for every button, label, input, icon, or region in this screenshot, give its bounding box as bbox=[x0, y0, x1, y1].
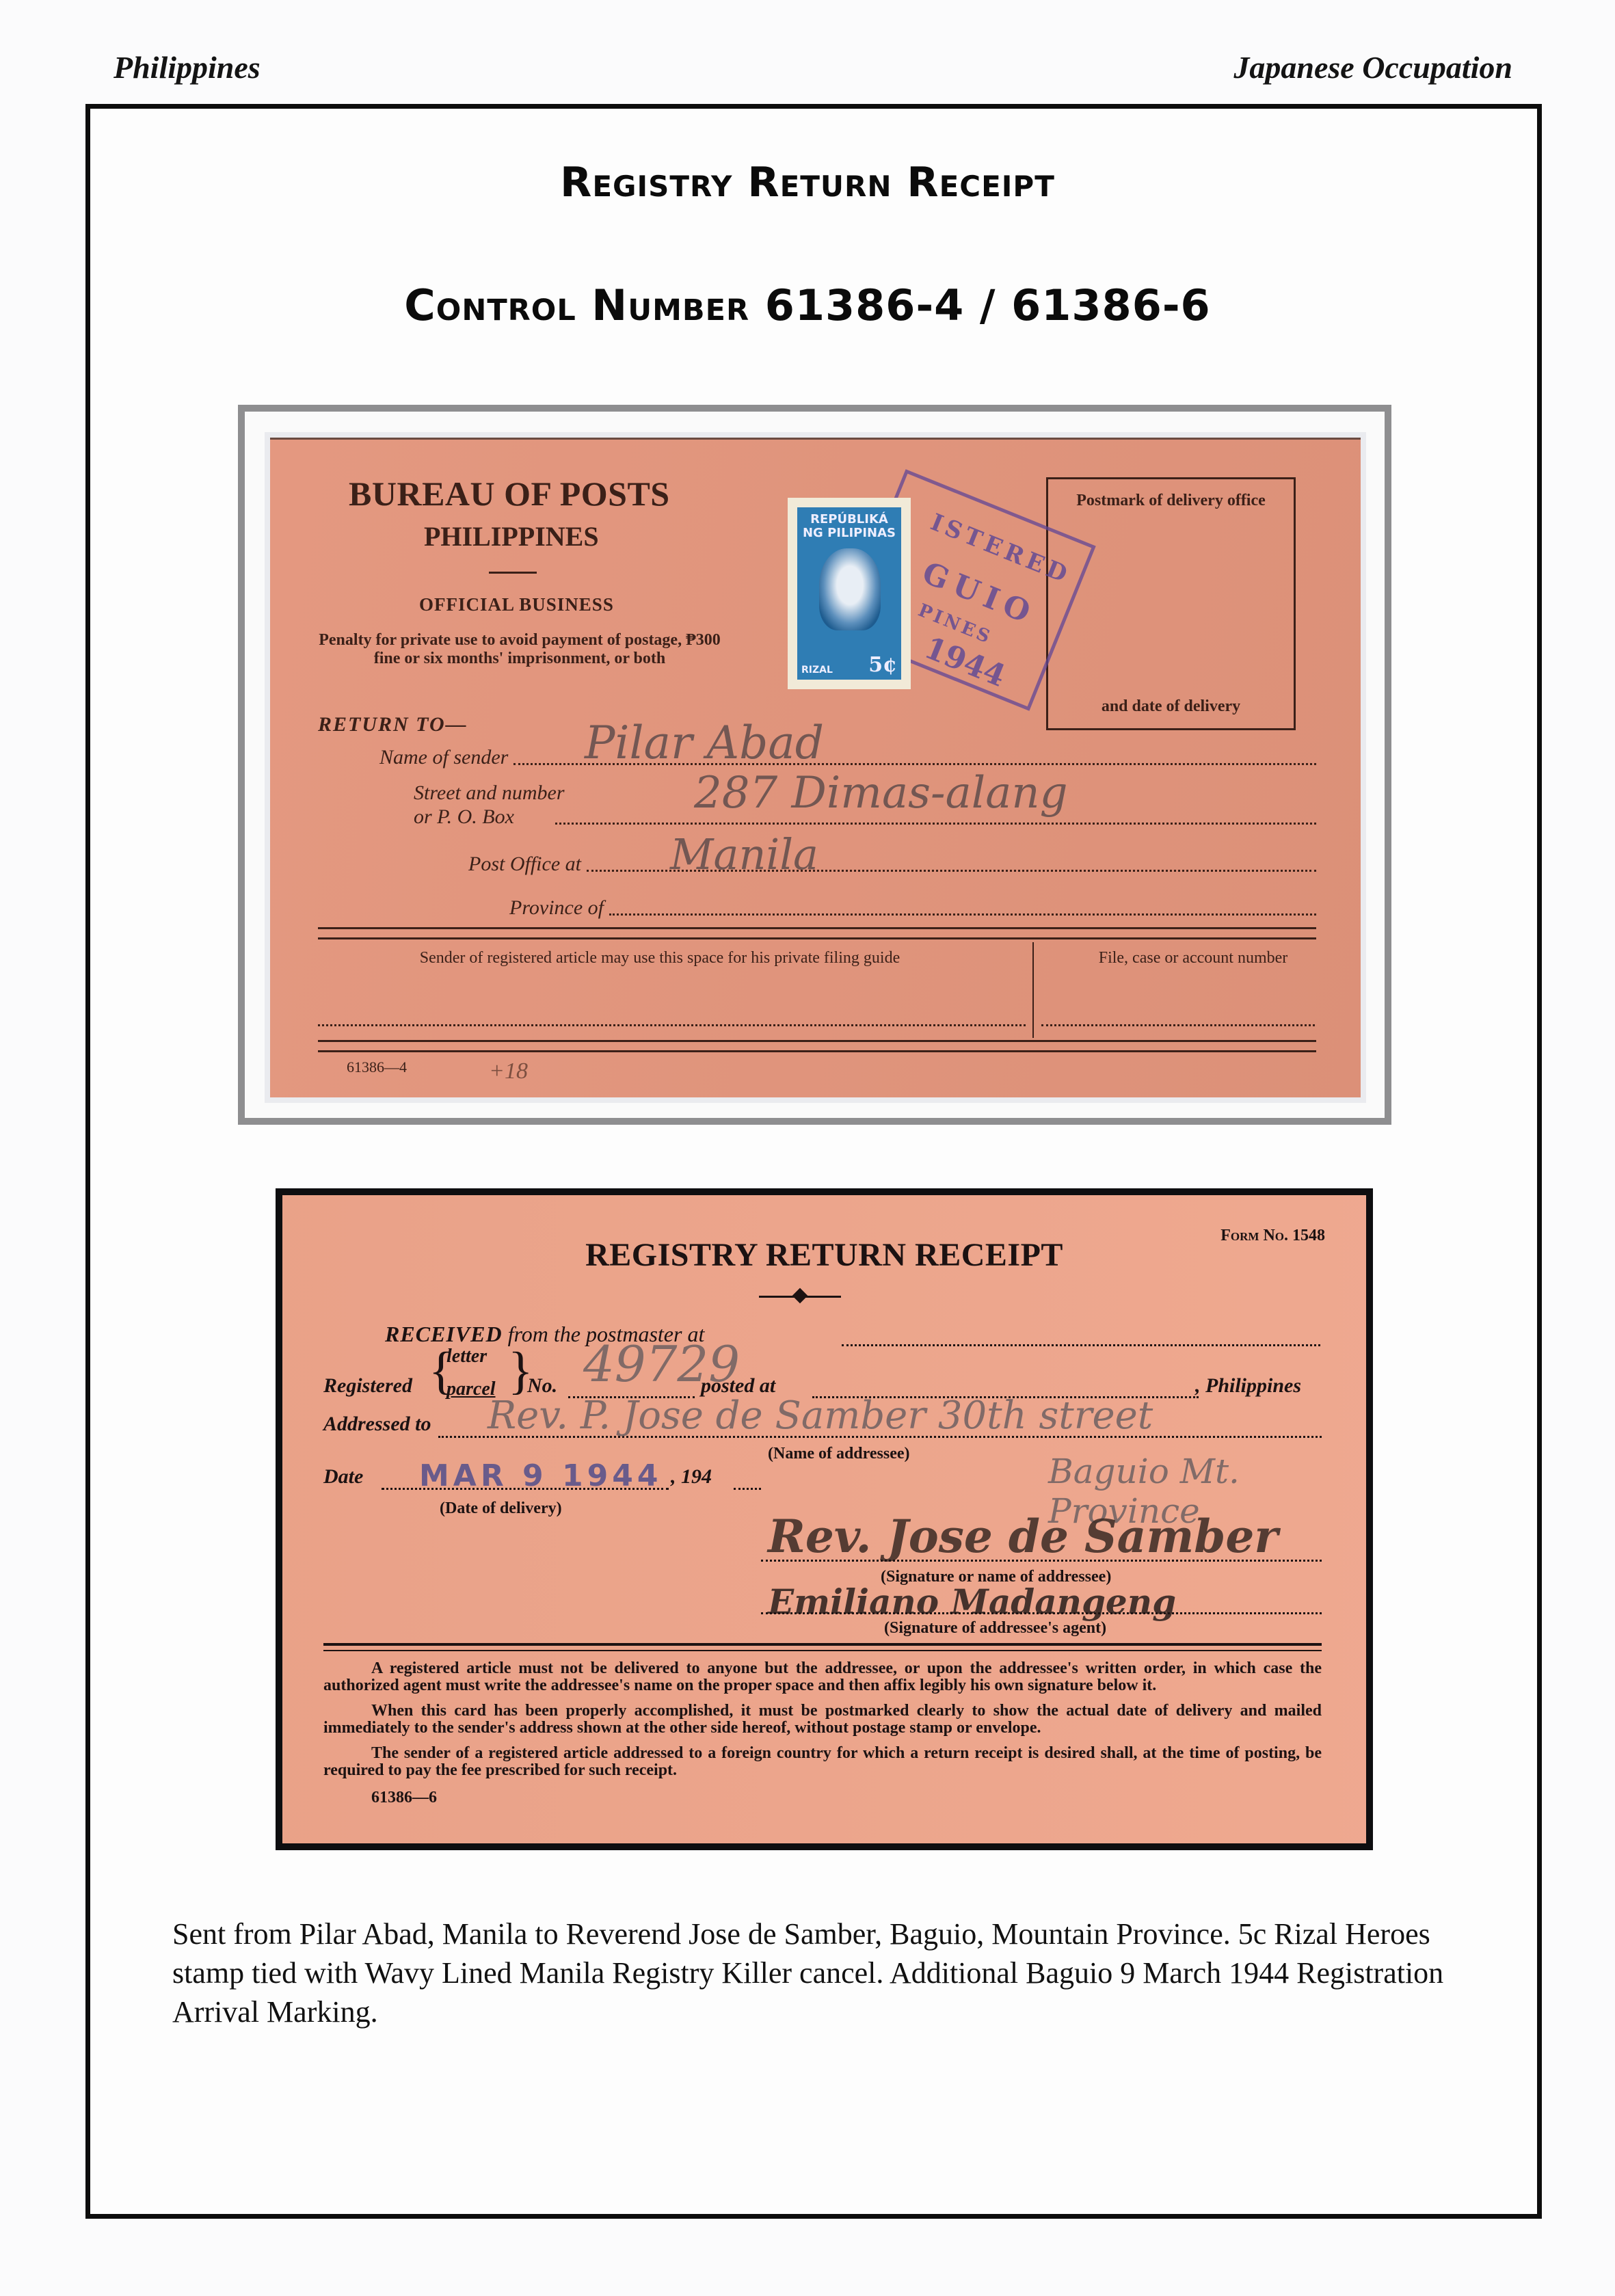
divider bbox=[489, 572, 537, 574]
philippines-label: , Philippines bbox=[1195, 1374, 1301, 1398]
rule bbox=[318, 927, 1316, 929]
stamp-value: 5¢ bbox=[868, 653, 897, 677]
sender-name-label: Name of sender bbox=[379, 746, 508, 769]
official-business: OFFICIAL BUSINESS bbox=[419, 594, 614, 615]
postmark-label: Postmark of delivery office bbox=[1048, 492, 1294, 509]
stamp-name: RIZAL bbox=[801, 665, 833, 676]
dotted-line bbox=[555, 820, 1316, 825]
rule bbox=[318, 1040, 1316, 1042]
rule bbox=[323, 1643, 1322, 1646]
date-of-delivery-label: (Date of delivery) bbox=[440, 1499, 562, 1518]
name-of-addressee-label: (Name of addressee) bbox=[768, 1445, 910, 1463]
rule bbox=[318, 1050, 1316, 1052]
instruction-paragraph: When this card has been properly accompl… bbox=[323, 1703, 1322, 1737]
registered-label: Registered bbox=[323, 1374, 412, 1398]
sender-name-handwritten: Pilar Abad bbox=[585, 717, 824, 769]
rule bbox=[323, 1650, 1322, 1651]
description-caption: Sent from Pilar Abad, Manila to Reverend… bbox=[172, 1914, 1451, 2031]
instruction-paragraph: The sender of a registered article addre… bbox=[323, 1745, 1322, 1779]
post-office-field: Post Office at bbox=[468, 853, 1316, 876]
rule bbox=[318, 937, 1316, 939]
year-prefix: , 194 bbox=[671, 1465, 712, 1489]
country-heading: PHILIPPINES bbox=[424, 520, 599, 552]
date-stamp: MAR 9 1944 bbox=[419, 1458, 662, 1493]
filing-guide-note: Sender of registered article may use thi… bbox=[352, 949, 967, 967]
post-office-label: Post Office at bbox=[468, 853, 581, 876]
postmark-box: Postmark of delivery office and date of … bbox=[1046, 477, 1296, 730]
page-title: Registry Return Receipt bbox=[0, 159, 1615, 206]
stamp-country: REPÚBLIKÁ NG PILIPINAS bbox=[797, 513, 901, 540]
signature-agent-label: (Signature of addressee's agent) bbox=[884, 1619, 1106, 1638]
card-front: BUREAU OF POSTS PHILIPPINES OFFICIAL BUS… bbox=[270, 438, 1361, 1097]
street-handwritten: 287 Dimas-alang bbox=[694, 768, 1068, 818]
postage-stamp: REPÚBLIKÁ NG PILIPINAS RIZAL 5¢ bbox=[788, 498, 911, 689]
delivery-date-label: and date of delivery bbox=[1048, 697, 1294, 716]
receipt-title: REGISTRY RETURN RECEIPT bbox=[282, 1236, 1366, 1274]
return-to-label: RETURN TO— bbox=[318, 713, 468, 736]
control-number: 61386—4 bbox=[347, 1058, 407, 1076]
dotted-line bbox=[1041, 1024, 1315, 1026]
page-subtitle: Control Number 61386-4 / 61386-6 bbox=[0, 280, 1615, 330]
date-label: Date bbox=[323, 1465, 363, 1489]
dotted-line bbox=[318, 1024, 1026, 1026]
agent-signature: Emiliano Madangeng bbox=[768, 1581, 1176, 1622]
file-number-label: File, case or account number bbox=[1070, 949, 1316, 967]
card-back-frame: REGISTRY RETURN RECEIPT Form No. 1548 RE… bbox=[276, 1188, 1373, 1850]
control-number: 61386—6 bbox=[371, 1789, 437, 1807]
dotted-line bbox=[609, 911, 1316, 916]
pencil-notation: +18 bbox=[489, 1058, 528, 1084]
addressee-handwritten: Rev. P. Jose de Samber 30th street bbox=[488, 1393, 1153, 1438]
post-office-handwritten: Manila bbox=[670, 829, 818, 879]
addressed-to-label: Addressed to bbox=[323, 1413, 431, 1436]
street-label-row: Street and number bbox=[414, 782, 565, 805]
pobox-label: or P. O. Box bbox=[414, 805, 514, 829]
instructions: A registered article must not be deliver… bbox=[323, 1660, 1322, 1787]
sender-name-field: Name of sender bbox=[379, 746, 1316, 769]
instruction-paragraph: A registered article must not be deliver… bbox=[323, 1660, 1322, 1694]
addressee-signature: Rev. Jose de Samber bbox=[768, 1510, 1278, 1563]
dotted-line bbox=[761, 1560, 1322, 1562]
dotted-line bbox=[734, 1488, 761, 1490]
stamp-design: REPÚBLIKÁ NG PILIPINAS RIZAL 5¢ bbox=[797, 507, 901, 680]
letter-option: letter bbox=[446, 1346, 487, 1367]
ornament-divider bbox=[759, 1296, 841, 1298]
rizal-portrait-icon bbox=[819, 548, 881, 630]
dotted-line bbox=[842, 1344, 1320, 1346]
penalty-notice: Penalty for private use to avoid payment… bbox=[318, 631, 721, 668]
header-country: Philippines bbox=[114, 49, 261, 85]
street-label: Street and number bbox=[414, 782, 565, 805]
province-field: Province of bbox=[509, 896, 1316, 920]
card-back: REGISTRY RETURN RECEIPT Form No. 1548 RE… bbox=[282, 1195, 1366, 1843]
form-number: Form No. 1548 bbox=[1220, 1227, 1325, 1245]
province-label: Province of bbox=[509, 896, 604, 920]
column-divider bbox=[1032, 942, 1034, 1038]
dotted-line bbox=[761, 1612, 1322, 1614]
header-period: Japanese Occupation bbox=[1233, 49, 1512, 85]
bureau-heading: BUREAU OF POSTS bbox=[349, 474, 670, 513]
